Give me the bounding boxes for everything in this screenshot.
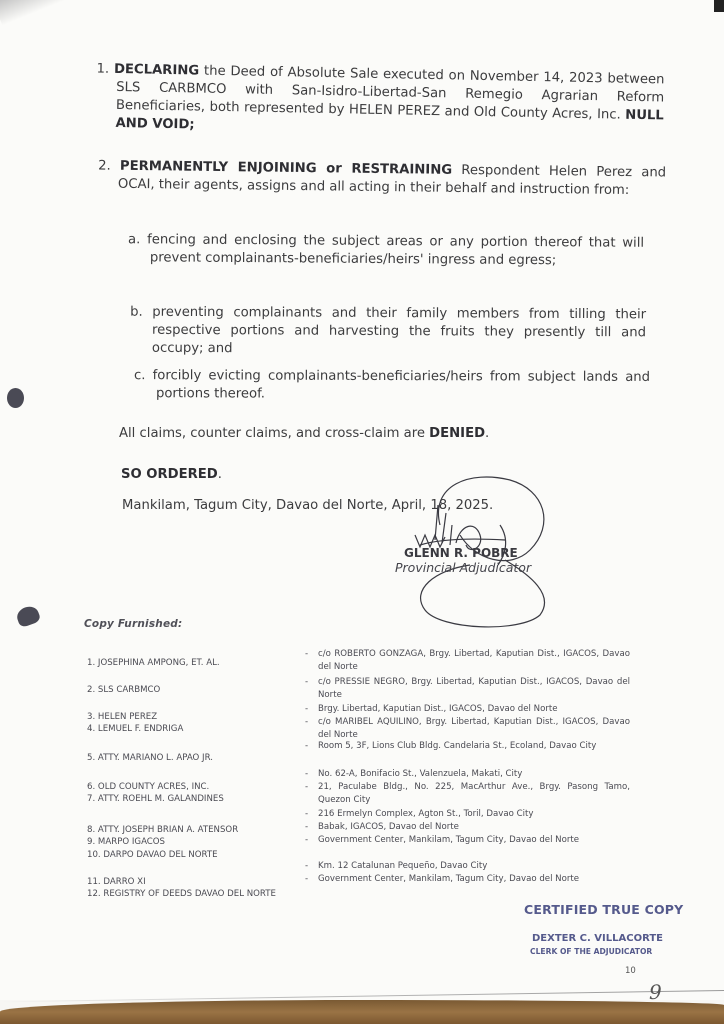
copy-furnished-recipient: 4. LEMUEL F. ENDRIGA	[87, 723, 297, 736]
copy-furnished-address: No. 62-A, Bonifacio St., Valenzuela, Mak…	[318, 768, 630, 781]
list-dash: -	[305, 834, 313, 847]
handwritten-page-number: 9	[649, 980, 662, 1004]
copy-furnished-address: Km. 12 Catalunan Pequeño, Davao City	[318, 860, 630, 873]
page-number: 10	[625, 966, 636, 976]
copy-furnished-address: c/o MARIBEL AQUILINO, Brgy. Libertad, Ka…	[318, 716, 630, 742]
copy-furnished-recipient: 1. JOSEPHINA AMPONG, ET. AL.	[87, 657, 297, 670]
dispositive-item-2: 2. PERMANENTLY ENJOINING or RESTRAINING …	[98, 158, 666, 201]
list-dash: -	[305, 740, 313, 753]
copy-furnished-address: c/o PRESSIE NEGRO, Brgy. Libertad, Kaput…	[318, 676, 630, 702]
sub-item-text: fencing and enclosing the subject areas …	[147, 232, 644, 268]
copy-furnished-address: 216 Ermelyn Complex, Agton St., Toril, D…	[318, 808, 630, 821]
list-dash: -	[305, 821, 313, 834]
stamp-clerk-title: CLERK OF THE ADJUDICATOR	[530, 947, 652, 956]
punch-hole-icon	[7, 388, 24, 408]
sub-item-text: forcibly evicting complainants-beneficia…	[153, 368, 650, 401]
item-lead: DECLARING	[114, 62, 199, 79]
sub-item-letter: c.	[134, 368, 146, 383]
claims-end: .	[485, 426, 489, 441]
copy-furnished-address: Government Center, Mankilam, Tagum City,…	[318, 873, 630, 886]
page-corner-shadow-right	[714, 0, 724, 12]
list-dash: -	[305, 703, 313, 716]
copy-furnished-address: Brgy. Libertad, Kaputian Dist., IGACOS, …	[318, 703, 630, 716]
punch-hole-icon	[15, 604, 42, 628]
signatory-title: Provincial Adjudicator	[395, 559, 531, 577]
copy-furnished-address: Government Center, Mankilam, Tagum City,…	[318, 834, 630, 847]
claims-text: All claims, counter claims, and cross-cl…	[119, 426, 429, 441]
copy-furnished-recipient: 9. MARPO IGACOS	[87, 836, 297, 849]
sub-item-letter: a.	[128, 232, 140, 247]
item-number: 1.	[96, 62, 109, 77]
copy-furnished-recipient: 12. REGISTRY OF DEEDS DAVAO DEL NORTE	[87, 888, 297, 901]
sub-item-b: b. preventing complainants and their fam…	[130, 304, 646, 361]
so-ordered-end: .	[218, 467, 222, 482]
copy-furnished-address: Room 5, 3F, Lions Club Bldg. Candelaria …	[318, 740, 630, 753]
list-dash: -	[305, 716, 313, 729]
list-dash: -	[305, 648, 313, 661]
copy-furnished-recipient: 7. ATTY. ROEHL M. GALANDINES	[87, 793, 297, 806]
desk-surface	[0, 1000, 724, 1024]
item-number: 2.	[98, 159, 111, 174]
document-page: 1. DECLARING the Deed of Absolute Sale e…	[0, 0, 724, 1000]
copy-furnished-recipient: 10. DARPO DAVAO DEL NORTE	[87, 849, 297, 862]
sub-item-text: preventing complainants and their family…	[152, 305, 646, 356]
sub-item-letter: b.	[130, 305, 143, 320]
copy-furnished-address: 21, Paculabe Bldg., No. 225, MacArthur A…	[318, 781, 630, 807]
list-dash: -	[305, 768, 313, 781]
copy-furnished-heading: Copy Furnished:	[84, 618, 182, 630]
list-dash: -	[305, 873, 313, 886]
copy-furnished-recipient: 2. SLS CARBMCO	[87, 684, 297, 697]
item-lead: PERMANENTLY ENJOINING or RESTRAINING	[120, 159, 452, 178]
list-dash: -	[305, 676, 313, 689]
copy-furnished-recipient: 5. ATTY. MARIANO L. APAO JR.	[87, 752, 297, 765]
claims-statement: All claims, counter claims, and cross-cl…	[119, 425, 489, 443]
stamp-clerk-name: DEXTER C. VILLACORTE	[532, 933, 663, 944]
sub-item-c: c. forcibly evicting complainants-benefi…	[134, 367, 650, 405]
copy-furnished-address: Babak, IGACOS, Davao del Norte	[318, 821, 630, 834]
so-ordered: SO ORDERED.	[121, 466, 222, 484]
list-dash: -	[305, 860, 313, 873]
claims-denied: DENIED	[429, 426, 485, 441]
so-ordered-text: SO ORDERED	[121, 467, 218, 482]
sub-item-a: a. fencing and enclosing the subject are…	[128, 231, 644, 271]
certified-true-copy-stamp: CERTIFIED TRUE COPY	[524, 902, 683, 917]
copy-furnished-address: c/o ROBERTO GONZAGA, Brgy. Libertad, Kap…	[318, 648, 630, 674]
list-dash: -	[305, 808, 313, 821]
list-dash: -	[305, 781, 313, 794]
dispositive-item-1: 1. DECLARING the Deed of Absolute Sale e…	[95, 61, 664, 144]
page-corner-shadow	[0, 0, 197, 26]
